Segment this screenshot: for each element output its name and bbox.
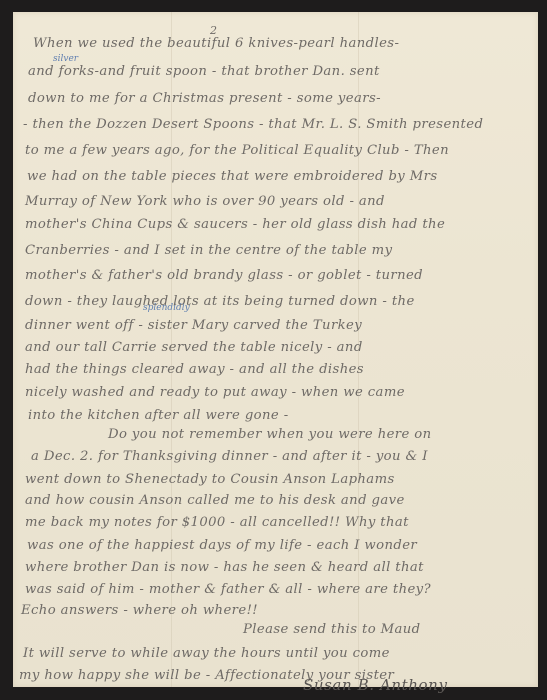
letter-line: went down to Shenectady to Cousin Anson … xyxy=(25,472,395,487)
letter-line: nicely washed and ready to put away - wh… xyxy=(25,385,405,400)
letter-line: we had on the table pieces that were emb… xyxy=(27,169,438,184)
letter-line: and our tall Carrie served the table nic… xyxy=(25,340,363,355)
letter-line: and forks-and fruit spoon - that brother… xyxy=(28,64,380,79)
letter-line: Murray of New York who is over 90 years … xyxy=(25,194,385,209)
letter-line: It will serve to while away the hours un… xyxy=(23,646,390,661)
insertion-silver: silver xyxy=(53,54,78,64)
letter-line: into the kitchen after all were gone - xyxy=(28,408,289,423)
letter-line: Cranberries - and I set in the centre of… xyxy=(25,243,392,258)
letter-line: Please send this to Maud xyxy=(243,622,421,637)
letter-line: down - they laughed lots at its being tu… xyxy=(25,294,415,309)
paper-sheet: 2 silver splendidly When we used the bea… xyxy=(13,12,538,687)
letter-line: Do you not remember when you were here o… xyxy=(108,427,432,442)
letter-line: a Dec. 2. for Thanksgiving dinner - and … xyxy=(31,449,428,464)
letter-line: me back my notes for $1000 - all cancell… xyxy=(25,515,409,530)
signature: Susan B. Anthony xyxy=(303,676,448,694)
letter-line: mother's China Cups & saucers - her old … xyxy=(25,217,445,232)
letter-line: where brother Dan is now - has he seen &… xyxy=(25,560,424,575)
letter-line: had the things cleared away - and all th… xyxy=(25,362,364,377)
letter-line: and how cousin Anson called me to his de… xyxy=(25,493,405,508)
letter-line: When we used the beautiful 6 knives-pear… xyxy=(33,36,399,51)
scanned-letter-page: 2 silver splendidly When we used the bea… xyxy=(0,0,547,700)
letter-line: dinner went off - sister Mary carved the… xyxy=(25,318,362,333)
letter-line: - then the Dozzen Desert Spoons - that M… xyxy=(23,117,483,132)
letter-line: mother's & father's old brandy glass - o… xyxy=(25,268,423,283)
letter-line: to me a few years ago, for the Political… xyxy=(25,143,449,158)
letter-line: Echo answers - where oh where!! xyxy=(21,603,258,618)
letter-line: was said of him - mother & father & all … xyxy=(25,582,431,597)
letter-line: was one of the happiest days of my life … xyxy=(27,538,417,553)
letter-line: down to me for a Christmas present - som… xyxy=(28,91,381,106)
